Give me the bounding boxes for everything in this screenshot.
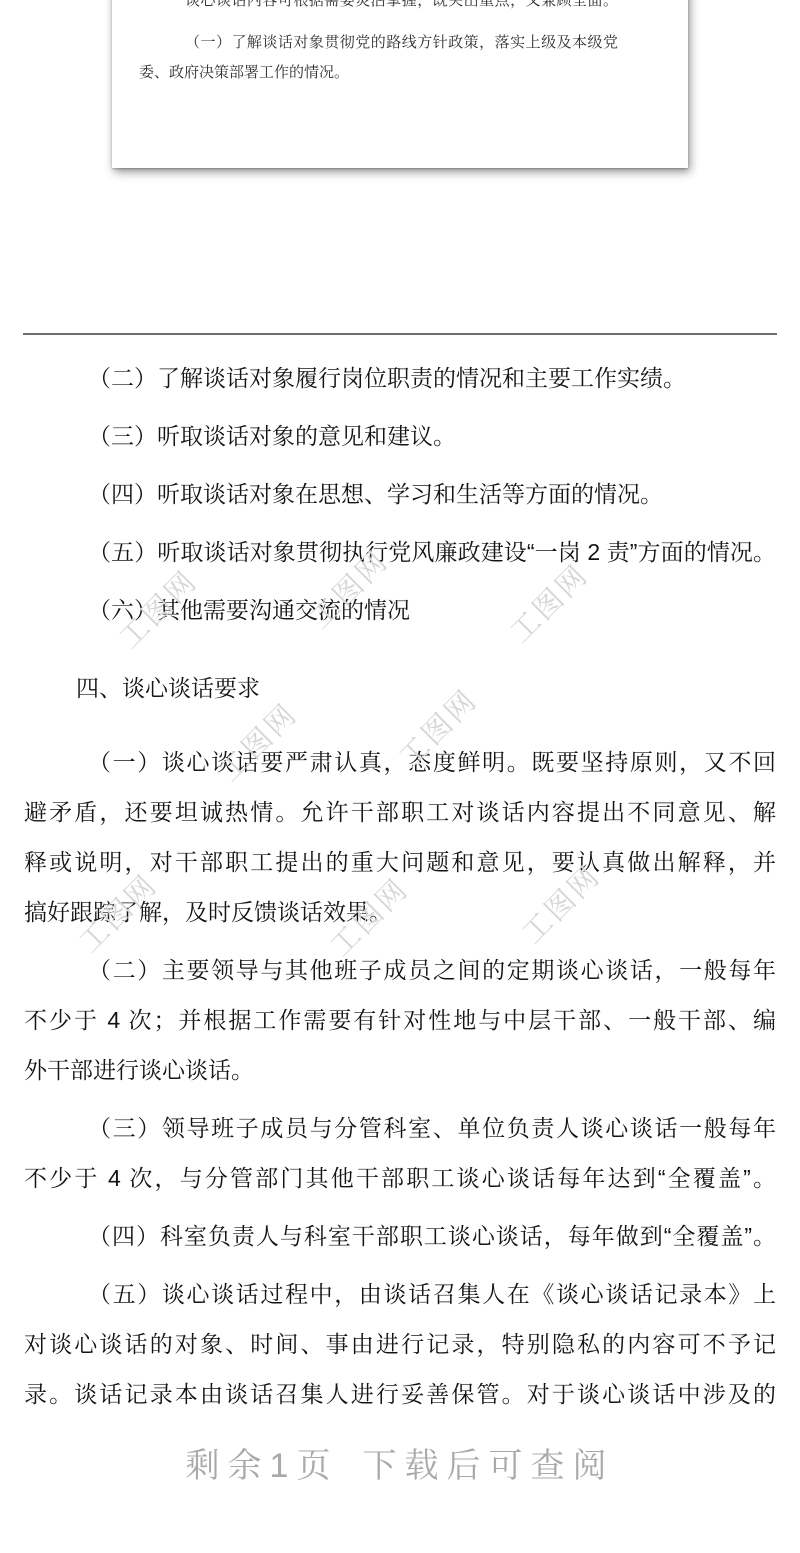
doc-line: 录。谈话记录本由谈话召集人进行妥善保管。对于谈心谈话中涉及的 — [24, 1369, 776, 1419]
download-hint-label: 下载后可查阅 — [362, 1447, 614, 1485]
doc-paragraph: 谈心谈话内容可根据需要灵活掌握，既突出重点，又兼顾全面。 — [139, 0, 618, 16]
doc-line: 外干部进行谈心谈话。 — [24, 1045, 776, 1095]
doc-paragraph: （三）听取谈话对象的意见和建议。 — [24, 411, 776, 461]
doc-line: （一）谈心谈话要严肃认真，态度鲜明。既要坚持原则，又不回 — [24, 737, 776, 787]
preview-footer: 剩余1页下载后可查阅 — [0, 1444, 800, 1488]
doc-paragraph: （一）了解谈话对象贯彻党的路线方针政策，落实上级及本级党委、政府决策部署工作的情… — [139, 28, 618, 88]
doc-paragraph: （二）了解谈话对象履行岗位职责的情况和主要工作实绩。 — [24, 353, 776, 403]
doc-line: 对谈心谈话的对象、时间、事由进行记录，特别隐私的内容可不予记 — [24, 1319, 776, 1369]
doc-paragraph: （二）主要领导与其他班子成员之间的定期谈心谈话，一般每年不少于 4 次；并根据工… — [24, 945, 776, 1095]
doc-line: 搞好跟踪了解，及时反馈谈话效果。 — [24, 887, 776, 937]
doc-line: 不少于 4 次，与分管部门其他干部职工谈心谈话每年达到“全覆盖”。 — [24, 1153, 776, 1203]
doc-paragraph: （四）听取谈话对象在思想、学习和生活等方面的情况。 — [24, 469, 776, 519]
page-separator — [23, 333, 777, 335]
document-preview-page: 谈心谈话内容可根据需要灵活掌握，既突出重点，又兼顾全面。（一）了解谈话对象贯彻党… — [0, 0, 800, 1553]
remaining-pages-label: 剩余1页 — [186, 1447, 339, 1485]
doc-line: 谈心谈话内容可根据需要灵活掌握，既突出重点，又兼顾全面。 — [139, 0, 618, 16]
doc-paragraph: （一）谈心谈话要严肃认真，态度鲜明。既要坚持原则，又不回避矛盾，还要坦诚热情。允… — [24, 737, 776, 937]
doc-line: （五）听取谈话对象贯彻执行党风廉政建设“一岗 2 责”方面的情况。 — [24, 527, 776, 577]
doc-line: （四）听取谈话对象在思想、学习和生活等方面的情况。 — [24, 469, 776, 519]
doc-line: 不少于 4 次；并根据工作需要有针对性地与中层干部、一般干部、编 — [24, 995, 776, 1045]
doc-line: （三）领导班子成员与分管科室、单位负责人谈心谈话一般每年 — [24, 1103, 776, 1153]
doc-line: 四、谈心谈话要求 — [24, 663, 776, 713]
doc-line: （四）科室负责人与科室干部职工谈心谈话，每年做到“全覆盖”。 — [24, 1211, 776, 1261]
document-body: （二）了解谈话对象履行岗位职责的情况和主要工作实绩。（三）听取谈话对象的意见和建… — [24, 353, 776, 1427]
previous-page-card: 谈心谈话内容可根据需要灵活掌握，既突出重点，又兼顾全面。（一）了解谈话对象贯彻党… — [112, 0, 688, 168]
doc-line: 委、政府决策部署工作的情况。 — [139, 58, 618, 88]
doc-paragraph: （五）听取谈话对象贯彻执行党风廉政建设“一岗 2 责”方面的情况。 — [24, 527, 776, 577]
doc-line: （二）主要领导与其他班子成员之间的定期谈心谈话，一般每年 — [24, 945, 776, 995]
doc-line: （五）谈心谈话过程中，由谈话召集人在《谈心谈话记录本》上 — [24, 1269, 776, 1319]
doc-line: （六）其他需要沟通交流的情况 — [24, 585, 776, 635]
doc-line: 释或说明，对干部职工提出的重大问题和意见，要认真做出解释，并 — [24, 837, 776, 887]
section-heading: 四、谈心谈话要求 — [24, 663, 776, 713]
doc-line: （一）了解谈话对象贯彻党的路线方针政策，落实上级及本级党 — [139, 28, 618, 58]
doc-paragraph: （五）谈心谈话过程中，由谈话召集人在《谈心谈话记录本》上对谈心谈话的对象、时间、… — [24, 1269, 776, 1419]
doc-line: （三）听取谈话对象的意见和建议。 — [24, 411, 776, 461]
doc-line: 避矛盾，还要坦诚热情。允许干部职工对谈话内容提出不同意见、解 — [24, 787, 776, 837]
doc-paragraph: （四）科室负责人与科室干部职工谈心谈话，每年做到“全覆盖”。 — [24, 1211, 776, 1261]
doc-paragraph: （三）领导班子成员与分管科室、单位负责人谈心谈话一般每年不少于 4 次，与分管部… — [24, 1103, 776, 1203]
doc-line: （二）了解谈话对象履行岗位职责的情况和主要工作实绩。 — [24, 353, 776, 403]
doc-paragraph: （六）其他需要沟通交流的情况 — [24, 585, 776, 635]
